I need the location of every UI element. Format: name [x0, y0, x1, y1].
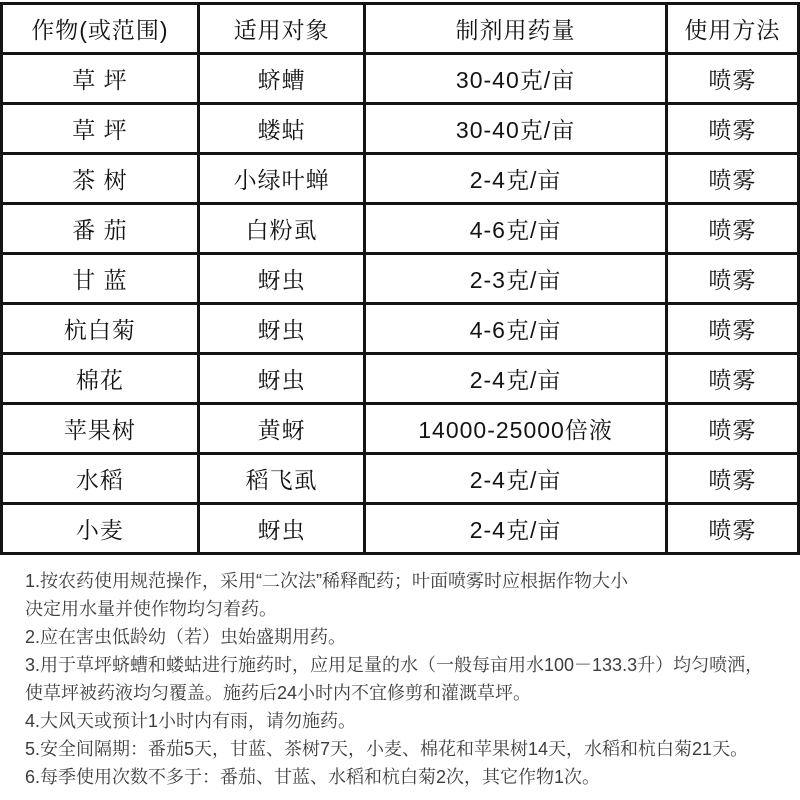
- cell-crop: 茶 树: [2, 154, 199, 204]
- table-row: 杭白菊 蚜虫 4-6克/亩 喷雾: [2, 304, 799, 354]
- note-line: 5.安全间隔期：番茄5天，甘蓝、茶树7天，小麦、棉花和苹果树14天，水稻和杭白菊…: [25, 735, 792, 763]
- cell-target: 蝼蛄: [198, 104, 365, 154]
- cell-method: 喷雾: [666, 354, 798, 404]
- cell-dosage: 4-6克/亩: [365, 204, 666, 254]
- cell-crop: 水稻: [2, 454, 199, 504]
- cell-crop: 棉花: [2, 354, 199, 404]
- cell-dosage: 2-4克/亩: [365, 354, 666, 404]
- table-row: 茶 树 小绿叶蝉 2-4克/亩 喷雾: [2, 154, 799, 204]
- cell-dosage: 14000-25000倍液: [365, 404, 666, 454]
- cell-crop: 草 坪: [2, 104, 199, 154]
- cell-target: 蚜虫: [198, 504, 365, 554]
- cell-dosage: 2-4克/亩: [365, 504, 666, 554]
- cell-target: 蚜虫: [198, 354, 365, 404]
- cell-crop: 番 茄: [2, 204, 199, 254]
- cell-target: 蚜虫: [198, 304, 365, 354]
- cell-method: 喷雾: [666, 304, 798, 354]
- cell-crop: 草 坪: [2, 54, 199, 104]
- header-method: 使用方法: [666, 4, 798, 54]
- table-row: 苹果树 黄蚜 14000-25000倍液 喷雾: [2, 404, 799, 454]
- cell-dosage: 4-6克/亩: [365, 304, 666, 354]
- note-line: 3.用于草坪蛴螬和蝼蛄进行施药时，应用足量的水（一般每亩用水100－133.3升…: [25, 651, 792, 679]
- table-row: 水稻 稻飞虱 2-4克/亩 喷雾: [2, 454, 799, 504]
- cell-dosage: 2-4克/亩: [365, 454, 666, 504]
- cell-crop: 苹果树: [2, 404, 199, 454]
- cell-method: 喷雾: [666, 504, 798, 554]
- pesticide-usage-table: 作物(或范围) 适用对象 制剂用药量 使用方法 草 坪 蛴螬 30-40克/亩 …: [0, 2, 800, 555]
- header-dosage: 制剂用药量: [365, 4, 666, 54]
- table-header-row: 作物(或范围) 适用对象 制剂用药量 使用方法: [2, 4, 799, 54]
- cell-dosage: 30-40克/亩: [365, 54, 666, 104]
- cell-target: 黄蚜: [198, 404, 365, 454]
- cell-crop: 甘 蓝: [2, 254, 199, 304]
- cell-method: 喷雾: [666, 454, 798, 504]
- cell-target: 蛴螬: [198, 54, 365, 104]
- cell-method: 喷雾: [666, 104, 798, 154]
- cell-dosage: 2-4克/亩: [365, 154, 666, 204]
- cell-target: 稻飞虱: [198, 454, 365, 504]
- note-line: 使草坪被药液均匀覆盖。施药后24小时内不宜修剪和灌溉草坪。: [25, 679, 792, 707]
- table-row: 棉花 蚜虫 2-4克/亩 喷雾: [2, 354, 799, 404]
- table-row: 小麦 蚜虫 2-4克/亩 喷雾: [2, 504, 799, 554]
- cell-crop: 小麦: [2, 504, 199, 554]
- cell-method: 喷雾: [666, 254, 798, 304]
- note-line: 1.按农药使用规范操作，采用“二次法”稀释配药；叶面喷雾时应根据作物大小: [25, 567, 792, 595]
- cell-method: 喷雾: [666, 404, 798, 454]
- note-line: 决定用水量并使作物均匀着药。: [25, 595, 792, 623]
- table-row: 番 茄 白粉虱 4-6克/亩 喷雾: [2, 204, 799, 254]
- cell-method: 喷雾: [666, 54, 798, 104]
- usage-notes-section: 1.按农药使用规范操作，采用“二次法”稀释配药；叶面喷雾时应根据作物大小 决定用…: [0, 555, 800, 791]
- table-row: 草 坪 蝼蛄 30-40克/亩 喷雾: [2, 104, 799, 154]
- note-line: 2.应在害虫低龄幼（若）虫始盛期用药。: [25, 623, 792, 651]
- cell-dosage: 30-40克/亩: [365, 104, 666, 154]
- table-row: 草 坪 蛴螬 30-40克/亩 喷雾: [2, 54, 799, 104]
- cell-method: 喷雾: [666, 154, 798, 204]
- page-root: 作物(或范围) 适用对象 制剂用药量 使用方法 草 坪 蛴螬 30-40克/亩 …: [0, 0, 800, 800]
- header-crop: 作物(或范围): [2, 4, 199, 54]
- note-line: 4.大风天或预计1小时内有雨，请勿施药。: [25, 707, 792, 735]
- table-row: 甘 蓝 蚜虫 2-3克/亩 喷雾: [2, 254, 799, 304]
- cell-crop: 杭白菊: [2, 304, 199, 354]
- cell-target: 白粉虱: [198, 204, 365, 254]
- header-target: 适用对象: [198, 4, 365, 54]
- cell-target: 小绿叶蝉: [198, 154, 365, 204]
- cell-dosage: 2-3克/亩: [365, 254, 666, 304]
- cell-method: 喷雾: [666, 204, 798, 254]
- cell-target: 蚜虫: [198, 254, 365, 304]
- note-line: 6.每季使用次数不多于：番茄、甘蓝、水稻和杭白菊2次，其它作物1次。: [25, 763, 792, 791]
